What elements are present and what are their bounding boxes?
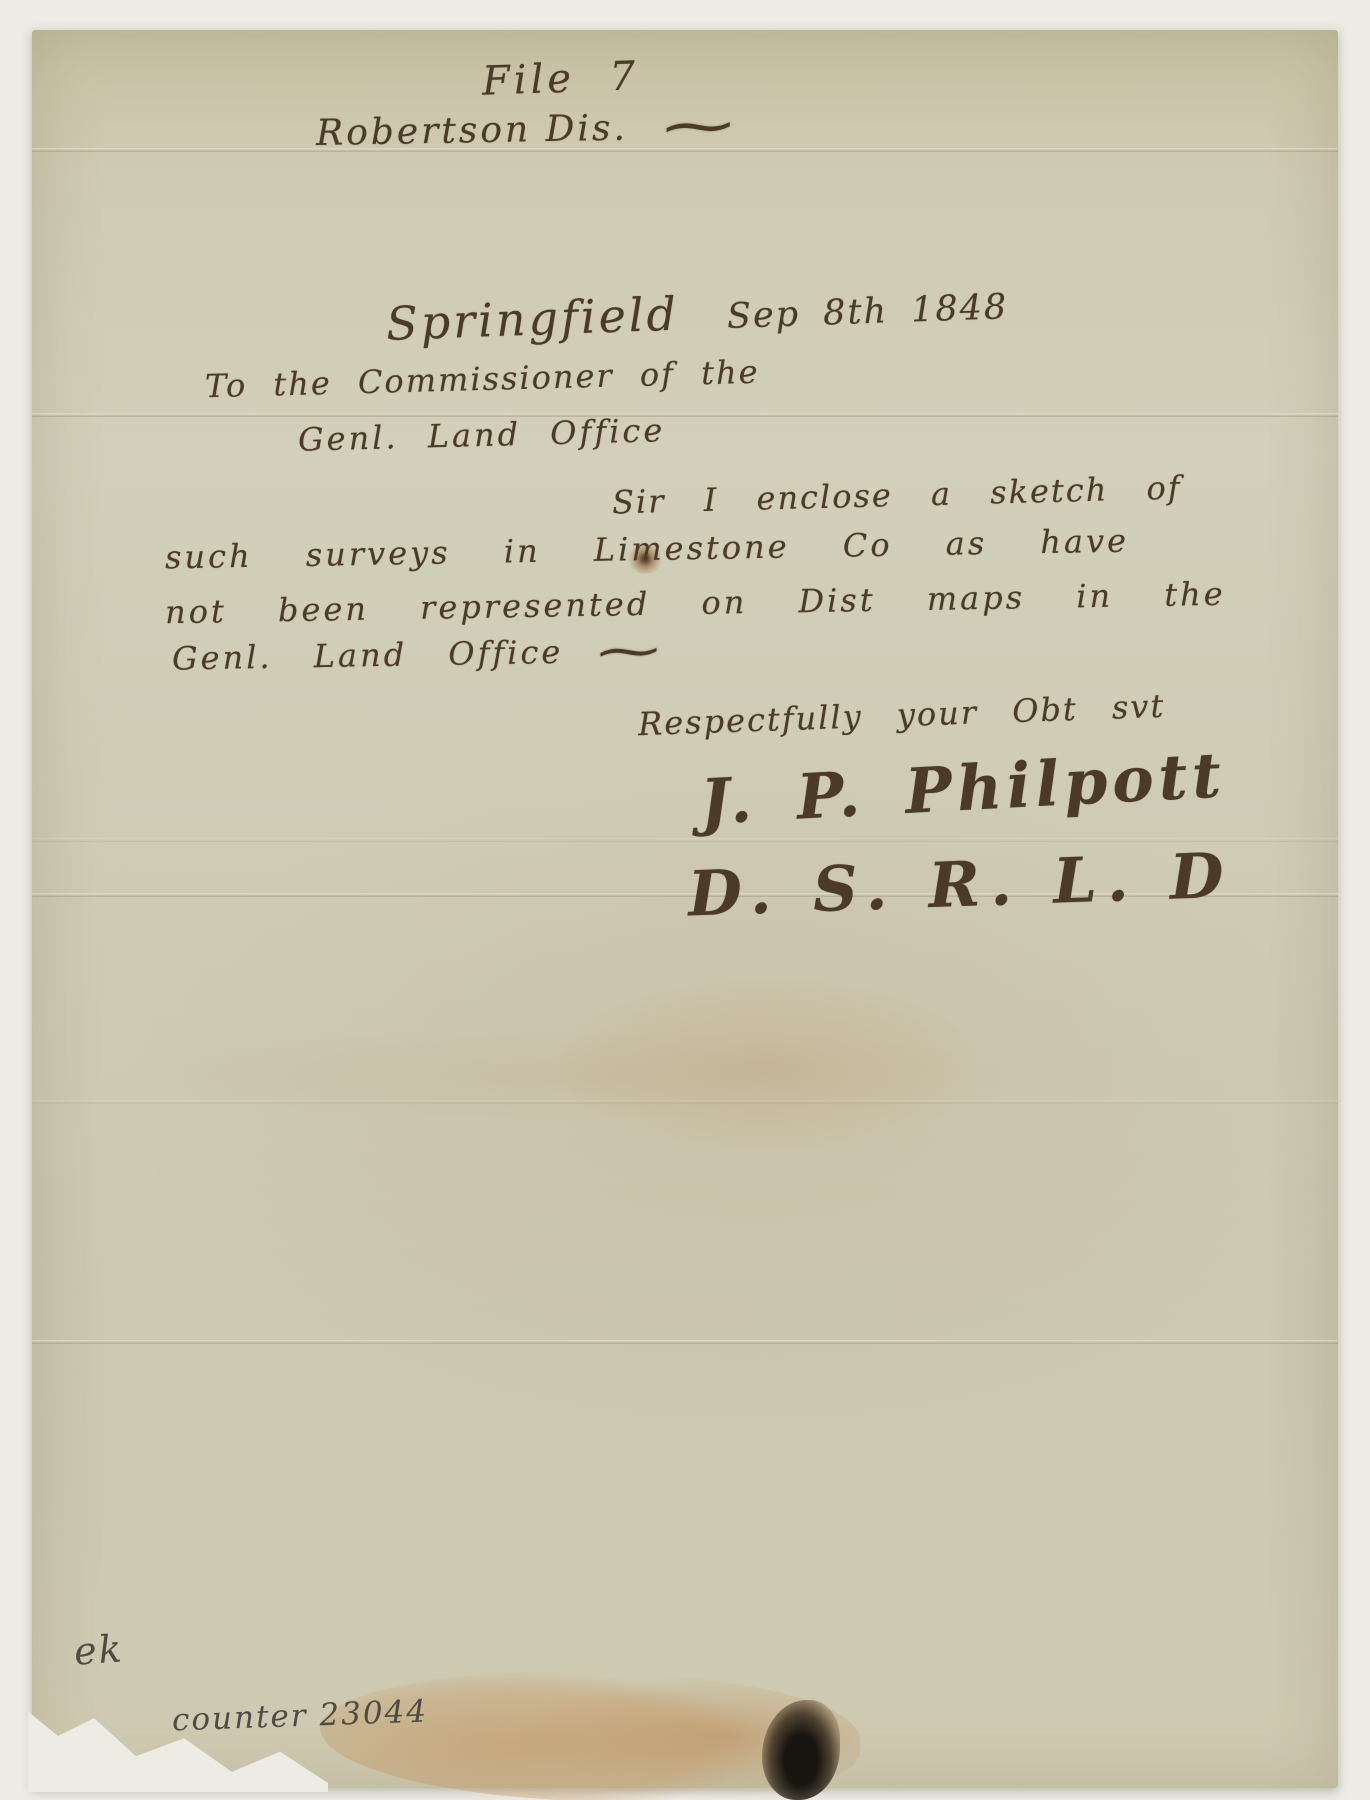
fold-crease	[32, 1100, 1338, 1104]
dateline-place: Springfield	[385, 287, 680, 351]
fold-crease	[32, 1340, 1338, 1344]
pen-flourish: ~	[655, 95, 749, 158]
docket-file-label: File 7	[481, 53, 640, 104]
docket-district-text: Robertson Dis.	[316, 108, 629, 154]
body-line-4: Genl. Land Office~	[172, 632, 594, 677]
scanned-letter-page: File 7 Robertson Dis.~ Springfield Sep 8…	[0, 0, 1370, 1800]
fold-crease	[32, 413, 1338, 417]
body-line-4-text: Genl. Land Office	[172, 633, 564, 678]
pen-flourish: ~	[591, 621, 675, 679]
docket-district-label: Robertson Dis.~	[316, 107, 662, 154]
dateline-date: Sep 8th 1848	[726, 287, 1009, 337]
archivist-initials: ek	[73, 1626, 125, 1673]
